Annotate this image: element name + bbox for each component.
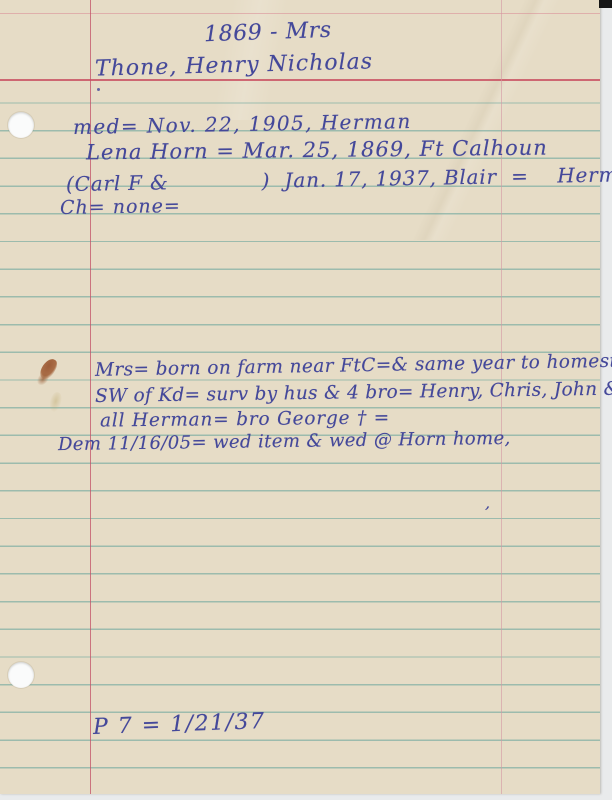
punch-hole-top: [8, 112, 34, 138]
ink-dot: [97, 88, 100, 91]
scanned-notebook-page: 1869 - Mrs Thone, Henry Nicholas med= No…: [0, 0, 600, 794]
vital-line-children: Ch= none=: [60, 195, 181, 219]
scan-corner-artifact: [599, 0, 612, 8]
note-line: all Herman= bro George † =: [100, 407, 390, 431]
vital-line-wife-birth: Lena Horn = Mar. 25, 1869, Ft Calhoun: [86, 136, 548, 165]
header-date: 1869 - Mrs: [204, 18, 333, 47]
punch-hole-bottom: [8, 662, 34, 688]
